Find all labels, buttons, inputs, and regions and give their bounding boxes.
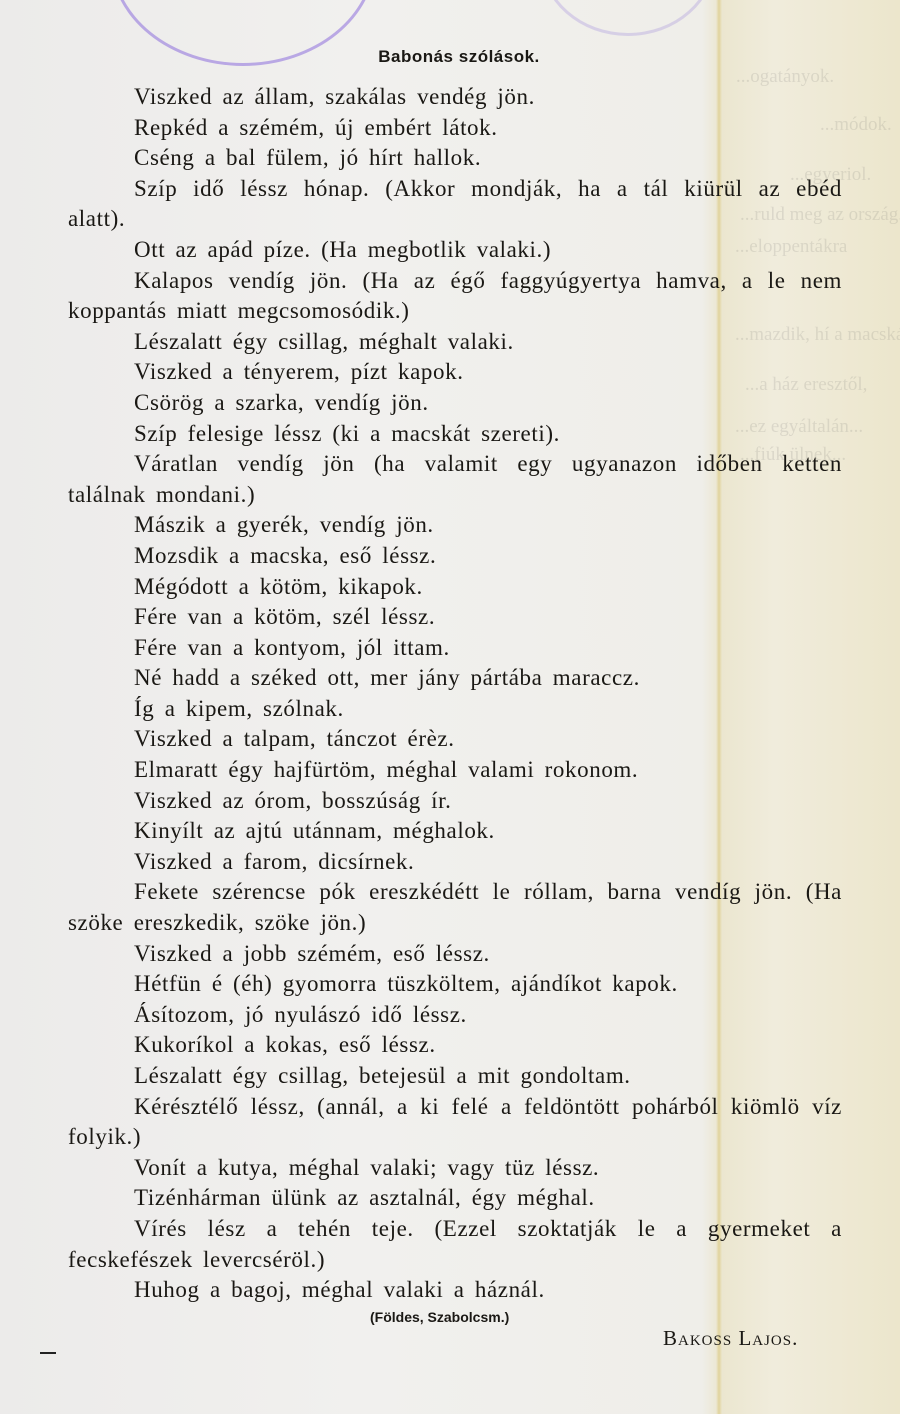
saying-31: Vonít a kutya, méghal valaki; vagy tüz l… <box>68 1153 842 1184</box>
article-title: Babonás szólások. <box>0 47 900 67</box>
saying-13: Mozsdik a macska, eső léssz. <box>68 541 842 572</box>
saying-14: Mégódott a kötöm, kikapok. <box>68 572 842 603</box>
section-end-dash <box>40 1352 56 1354</box>
saying-3: Cséng a bal fülem, jó hírt hallok. <box>68 143 842 174</box>
saying-12: Mászik a gyerék, vendíg jön. <box>68 510 842 541</box>
saying-4: Szíp idő léssz hónap. (Akkor mondják, ha… <box>68 174 842 235</box>
saying-28: Kukoríkol a kokas, eső léssz. <box>68 1030 842 1061</box>
saying-19: Viszked a talpam, tánczot érèz. <box>68 724 842 755</box>
saying-27: Ásítozom, jó nyulászó idő léssz. <box>68 1000 842 1031</box>
library-stamp-mark-faint <box>540 0 716 36</box>
author-signature: Bakoss Lajos. <box>663 1326 798 1351</box>
saying-29: Lészalatt égy csillag, betejesül a mit g… <box>68 1061 842 1092</box>
saying-24: Fekete szérencse pók ereszkédétt le róll… <box>68 877 842 938</box>
saying-10: Szíp felesige léssz (ki a macskát szeret… <box>68 419 842 450</box>
saying-33: Vírés lész a tehén teje. (Ezzel szoktatj… <box>68 1214 842 1275</box>
saying-6: Kalapos vendíg jön. (Ha az égő faggyúgye… <box>68 266 842 327</box>
saying-21: Viszked az órom, bosszúság ír. <box>68 786 842 817</box>
saying-23: Viszked a farom, dicsírnek. <box>68 847 842 878</box>
source-location: (Földes, Szabolcsm.) <box>370 1309 509 1325</box>
saying-17: Né hadd a széked ott, mer jány pártába m… <box>68 663 842 694</box>
saying-25: Viszked a jobb szémém, eső léssz. <box>68 939 842 970</box>
saying-1: Viszked az állam, szakálas vendég jön. <box>68 82 842 113</box>
saying-30: Kérésztélő léssz, (annál, a ki felé a fe… <box>68 1092 842 1153</box>
saying-18: Íg a kipem, szólnak. <box>68 694 842 725</box>
saying-8: Viszked a tényerem, pízt kapok. <box>68 357 842 388</box>
saying-34: Huhog a bagoj, méghal valaki a háznál. <box>68 1275 842 1306</box>
saying-9: Csörög a szarka, vendíg jön. <box>68 388 842 419</box>
saying-2: Repkéd a szémém, új embért látok. <box>68 113 842 144</box>
saying-11: Váratlan vendíg jön (ha valamit egy ugya… <box>68 449 842 510</box>
saying-26: Hétfün é (éh) gyomorra tüszköltem, ajánd… <box>68 969 842 1000</box>
saying-22: Kinyílt az ajtú utánnam, méghalok. <box>68 816 842 847</box>
saying-32: Tizénhárman ülünk az asztalnál, égy mégh… <box>68 1183 842 1214</box>
saying-15: Fére van a kötöm, szél léssz. <box>68 602 842 633</box>
saying-16: Fére van a kontyom, jól ittam. <box>68 633 842 664</box>
article-body: Viszked az állam, szakálas vendég jön. R… <box>68 82 842 1306</box>
saying-7: Lészalatt égy csillag, méghalt valaki. <box>68 327 842 358</box>
saying-5: Ott az apád píze. (Ha megbotlik valaki.) <box>68 235 842 266</box>
saying-20: Elmaratt égy hajfürtöm, méghal valami ro… <box>68 755 842 786</box>
